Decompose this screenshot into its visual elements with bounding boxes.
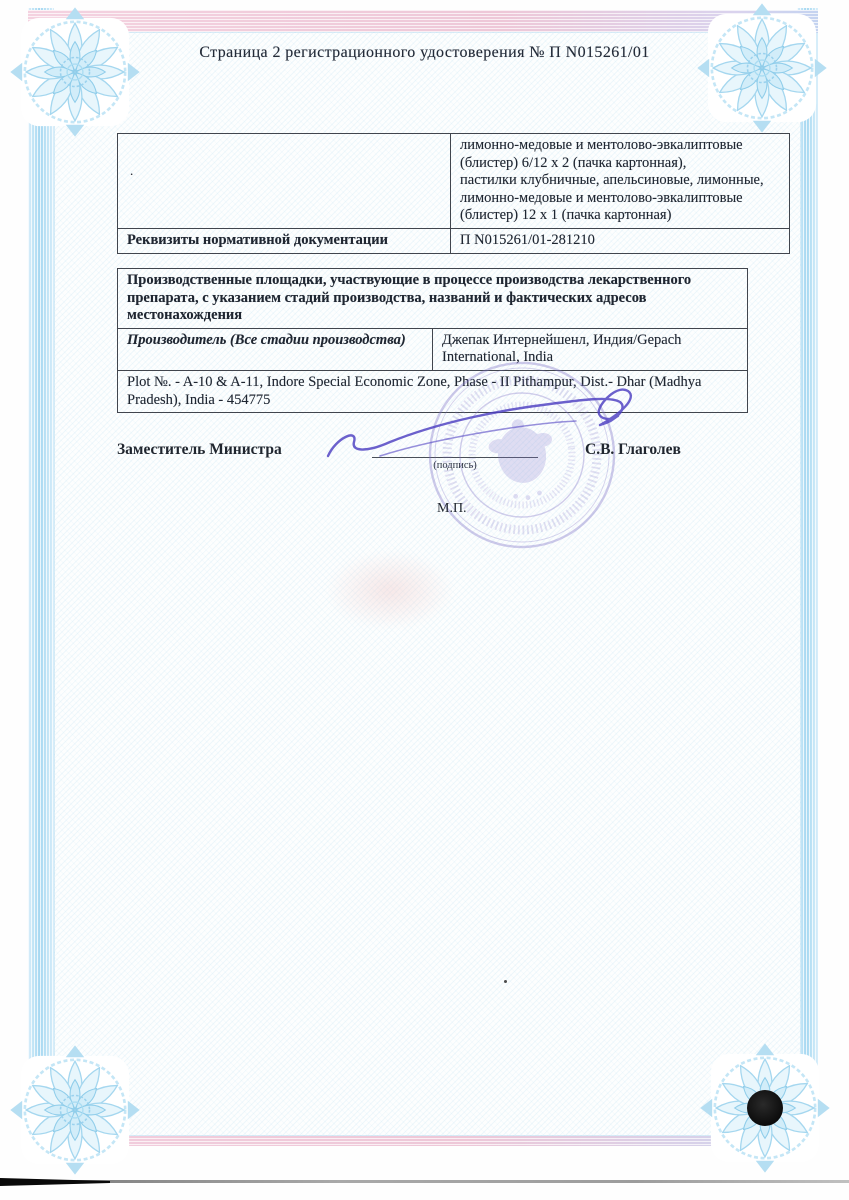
normative-docs-value: П N015261/01-281210 [451,228,790,253]
scan-edge-shadow [0,1180,849,1183]
seal-place-mark: М.П. [437,501,467,517]
page-header: Страница 2 регистрационного удостоверени… [0,44,849,62]
handwritten-signature [318,376,648,471]
scan-speck [504,980,507,983]
table-row: Производственные площадки, участвующие в… [118,269,748,329]
normative-docs-label: Реквизиты нормативной документации [118,228,451,253]
document-content: Страница 2 регистрационного удостоверени… [0,0,849,1200]
packaging-forms-value: лимонно-медовые и ментолово-эвкалиптовые… [451,134,790,229]
packaging-table: . лимонно-медовые и ментолово-эвкалиптов… [117,133,790,254]
signer-position: Заместитель Министра [117,441,282,459]
certificate-scan-page: Страница 2 регистрационного удостоверени… [0,0,849,1200]
production-sites-header: Производственные площадки, участвующие в… [118,269,748,329]
table-row: Реквизиты нормативной документации П N01… [118,228,790,253]
packaging-empty-cell: . [118,134,451,229]
manufacturer-label: Производитель (Все стадии производства) [118,328,433,370]
table-row: . лимонно-медовые и ментолово-эвкалиптов… [118,134,790,229]
